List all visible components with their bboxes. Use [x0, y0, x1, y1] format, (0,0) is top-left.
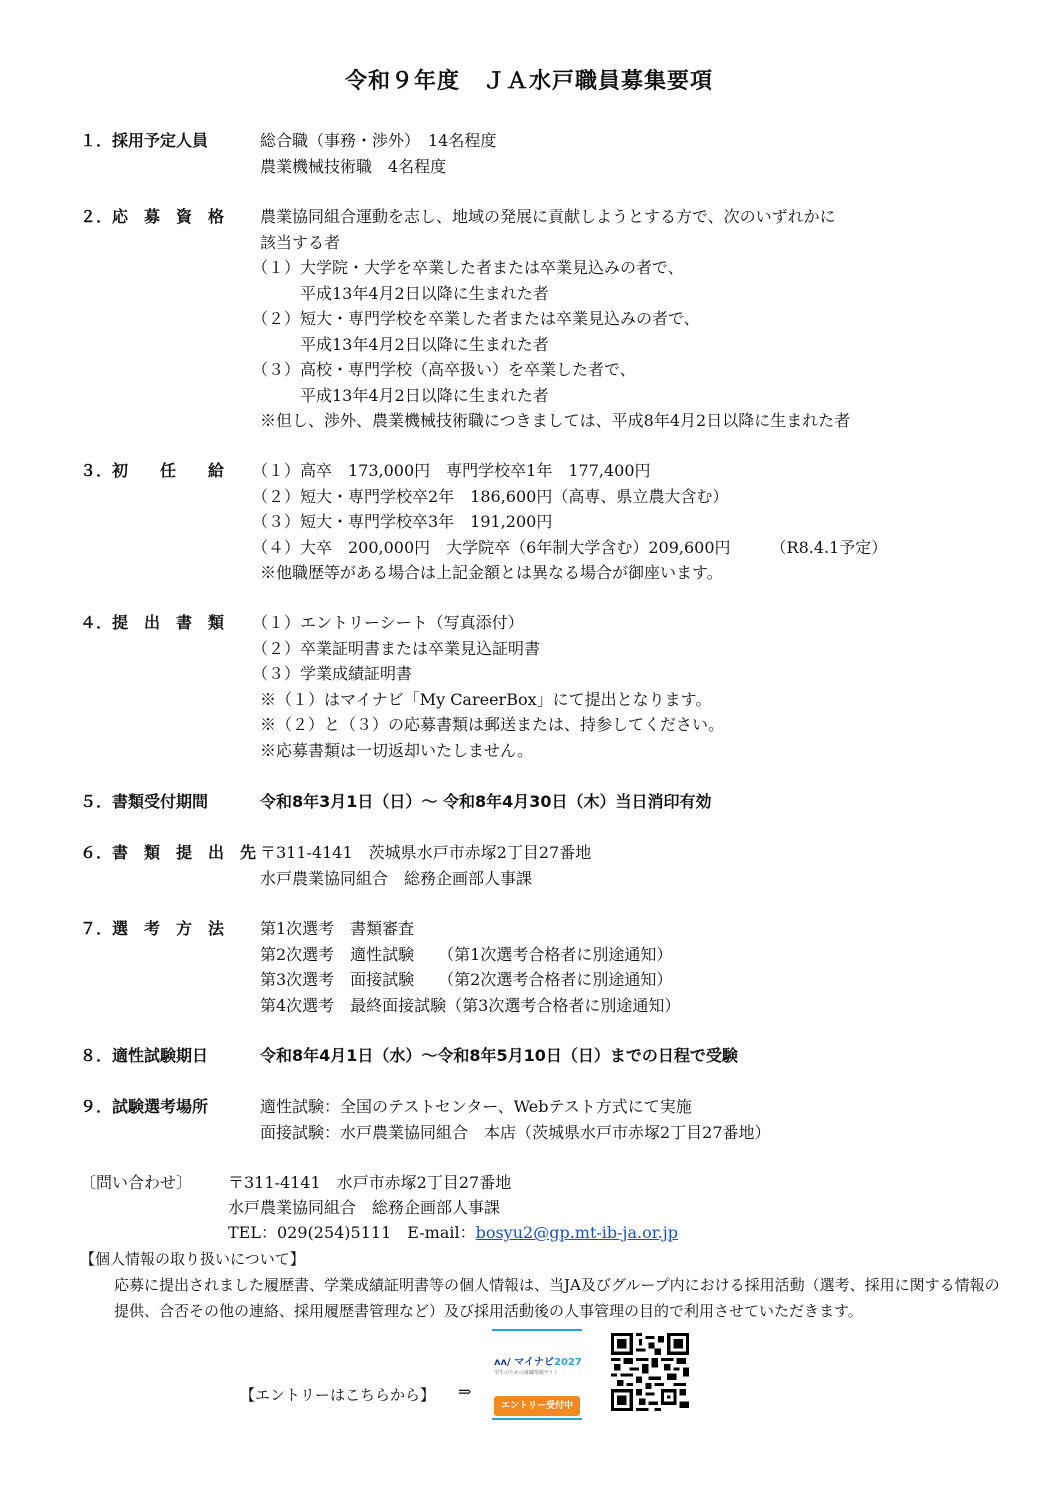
document-title: 令和９年度 ＪＡ水戸職員募集要項	[0, 64, 1058, 95]
contact-label: 〔問い合わせ〕	[80, 1170, 192, 1195]
section-body: （１）エントリーシート（写真添付） （２）卒業証明書または卒業見込証明書 （３）…	[260, 610, 724, 763]
section-line: 〒311-4141 茨城県水戸市赤塚2丁目27番地	[260, 840, 591, 866]
section-line: （４）大卒 200,000円 大学院卒（6年制大学含む）209,600円（R8.…	[252, 535, 887, 561]
section-label: ３．初 任 給	[80, 458, 260, 481]
section-line: 第2次選考 適性試験 （第1次選考合格者に別途通知）	[260, 942, 680, 968]
section-label: ６．書 類 提 出 先	[80, 840, 260, 863]
section-label: ８．適性試験期日	[80, 1043, 260, 1066]
entry-label: 【エントリーはこちらから】	[240, 1384, 435, 1405]
section-line: （１）エントリーシート（写真添付）	[252, 610, 724, 636]
section-line: （３）短大・専門学校卒3年 191,200円	[252, 509, 887, 535]
mynavi-logo: ʌʌ/ マイナビ2027	[494, 1353, 582, 1368]
section-line: 令和8年4月1日（水）～令和8年5月10日（日）までの日程で受験	[260, 1043, 738, 1069]
qr-code-icon[interactable]	[611, 1333, 689, 1411]
section-line: 平成13年4月2日以降に生まれた者	[260, 383, 850, 409]
section-line: 平成13年4月2日以降に生まれた者	[260, 332, 850, 358]
contact-tel: TEL：029(254)5111 E-mail：	[228, 1223, 476, 1242]
section-label: ４．提 出 書 類	[80, 610, 260, 633]
section-line: 農業機械技術職 4名程度	[260, 154, 496, 180]
section-label: ７．選 考 方 法	[80, 916, 260, 939]
section-line: 水戸農業協同組合 総務企画部人事課	[260, 866, 591, 892]
section-body: （１）高卒 173,000円 専門学校卒1年 177,400円 （２）短大・専門…	[260, 458, 887, 586]
section-line: 平成13年4月2日以降に生まれた者	[260, 281, 850, 307]
section-line: （２）短大・専門学校を卒業した者または卒業見込みの者で、	[252, 306, 850, 332]
contact-org: 水戸農業協同組合 総務企画部人事課	[228, 1195, 678, 1220]
section-body: 総合職（事務・渉外） 14名程度 農業機械技術職 4名程度	[260, 128, 496, 179]
section-body: 適性試験：全国のテストセンター、Webテスト方式にて実施 面接試験：水戸農業協同…	[260, 1094, 771, 1145]
section-line: 面接試験：水戸農業協同組合 本店（茨城県水戸市赤塚2丁目27番地）	[260, 1120, 771, 1146]
section-line: ※他職歴等がある場合は上記金額とは異なる場合が御座います。	[260, 560, 887, 586]
mynavi-year: 2027	[554, 1357, 582, 1368]
section-line: 農業協同組合運動を志し、地域の発展に貢献しようとする方で、次のいずれかに	[260, 204, 850, 230]
section-line: ※但し、渉外、農業機械技術職につきましては、平成8年4月2日以降に生まれた者	[260, 408, 850, 434]
banner-top-rule	[492, 1329, 582, 1331]
contact-body: 〒311-4141 水戸市赤塚2丁目27番地 水戸農業協同組合 総務企画部人事課…	[228, 1170, 678, 1245]
section-label: １．採用予定人員	[80, 128, 260, 151]
section-body: 第1次選考 書類審査 第2次選考 適性試験 （第1次選考合格者に別途通知） 第3…	[260, 916, 680, 1018]
section-body: 〒311-4141 茨城県水戸市赤塚2丁目27番地 水戸農業協同組合 総務企画部…	[260, 840, 591, 891]
section-line: 適性試験：全国のテストセンター、Webテスト方式にて実施	[260, 1094, 771, 1120]
privacy-title: 【個人情報の取り扱いについて】	[80, 1248, 305, 1269]
section-line: （３）学業成績証明書	[252, 661, 724, 687]
salary-line-text: （４）大卒 200,000円 大学院卒（6年制大学含む）209,600円	[252, 538, 731, 557]
mynavi-logo-text: マイナビ	[514, 1357, 554, 1368]
section-line: （１）大学院・大学を卒業した者または卒業見込みの者で、	[252, 255, 850, 281]
section-line: ※応募書類は一切返却いたしません。	[260, 738, 724, 764]
section-line: 該当する者	[260, 230, 850, 256]
section-label: ２．応 募 資 格	[80, 204, 260, 227]
mynavi-mark-icon: ʌʌ/	[494, 1357, 511, 1368]
section-line: 第4次選考 最終面接試験（第3次選考合格者に別途通知）	[260, 993, 680, 1019]
section-body: 農業協同組合運動を志し、地域の発展に貢献しようとする方で、次のいずれかに 該当す…	[260, 204, 850, 434]
section-line: 第1次選考 書類審査	[260, 916, 680, 942]
section-line: （３）高校・専門学校（高卒扱い）を卒業した者で、	[252, 357, 850, 383]
section-line: （２）短大・専門学校卒2年 186,600円（高専、県立農大含む）	[252, 484, 887, 510]
banner-bottom-rule	[492, 1418, 582, 1420]
section-line: （２）卒業証明書または卒業見込証明書	[252, 636, 724, 662]
entry-button[interactable]: エントリー受付中	[494, 1396, 580, 1416]
section-label: ５．書類受付期間	[80, 789, 260, 812]
contact-address: 〒311-4141 水戸市赤塚2丁目27番地	[228, 1170, 678, 1195]
section-body: 令和8年3月1日（日）～ 令和8年4月30日（木）当日消印有効	[260, 789, 712, 815]
right-arrow-icon: ⇒	[458, 1382, 471, 1401]
salary-note: （R8.4.1予定）	[771, 538, 888, 557]
privacy-text: 応募に提出されました履歴書、学業成績証明書等の個人情報は、当JA及びグループ内に…	[114, 1272, 1014, 1324]
section-line: 第3次選考 面接試験 （第2次選考合格者に別途通知）	[260, 967, 680, 993]
email-link[interactable]: bosyu2@gp.mt-ib-ja.or.jp	[476, 1223, 678, 1242]
section-line: 総合職（事務・渉外） 14名程度	[260, 128, 496, 154]
section-line: ※（２）と（３）の応募書類は郵送または、持参してください。	[260, 712, 724, 738]
section-line: （１）高卒 173,000円 専門学校卒1年 177,400円	[252, 458, 887, 484]
section-body: 令和8年4月1日（水）～令和8年5月10日（日）までの日程で受験	[260, 1043, 738, 1069]
contact-tel-email: TEL：029(254)5111 E-mail：bosyu2@gp.mt-ib-…	[228, 1220, 678, 1245]
mynavi-subtitle: 学生のための就職情報サイト	[494, 1369, 559, 1376]
section-line: 令和8年3月1日（日）～ 令和8年4月30日（木）当日消印有効	[260, 789, 712, 815]
mynavi-entry-banner[interactable]: ʌʌ/ マイナビ2027 学生のための就職情報サイト エントリー受付中	[492, 1329, 582, 1419]
section-label: ９．試験選考場所	[80, 1094, 260, 1117]
section-line: ※（１）はマイナビ「My CareerBox」にて提出となります。	[260, 687, 724, 713]
